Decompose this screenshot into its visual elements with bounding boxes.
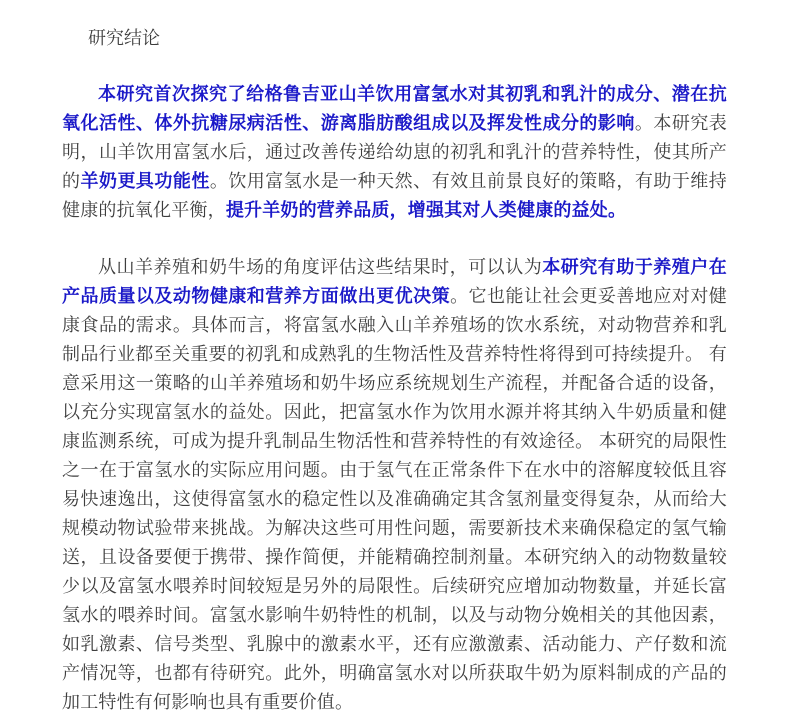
text-run: 羊奶更具功能性: [80, 171, 209, 191]
page-title: 研究结论: [62, 24, 727, 53]
paragraphs-container: 本研究首次探究了给格鲁吉亚山羊饮用富氢水对其初乳和乳汁的成分、潜在抗氧化活性、体…: [62, 80, 727, 716]
paragraph-1: 本研究首次探究了给格鲁吉亚山羊饮用富氢水对其初乳和乳汁的成分、潜在抗氧化活性、体…: [62, 80, 727, 225]
text-run: 本研究首次探究了给格鲁吉亚山羊饮用富氢水对其初乳和乳汁的成分、潜在抗氧化活性、体…: [62, 84, 727, 133]
text-run: 。它也能让社会更妥善地应对对健康食品的需求。具体而言，将富氢水融入山羊养殖场的饮…: [62, 286, 727, 712]
text-run: 从山羊养殖和奶牛场的角度评估这些结果时，可以认为: [98, 257, 542, 277]
paragraph-2: 从山羊养殖和奶牛场的角度评估这些结果时，可以认为本研究有助于养殖户在产品质量以及…: [62, 253, 727, 716]
text-run: 提升羊奶的营养品质，增强其对人类健康的益处。: [226, 200, 626, 220]
document-page: 研究结论 本研究首次探究了给格鲁吉亚山羊饮用富氢水对其初乳和乳汁的成分、潜在抗氧…: [0, 0, 785, 716]
